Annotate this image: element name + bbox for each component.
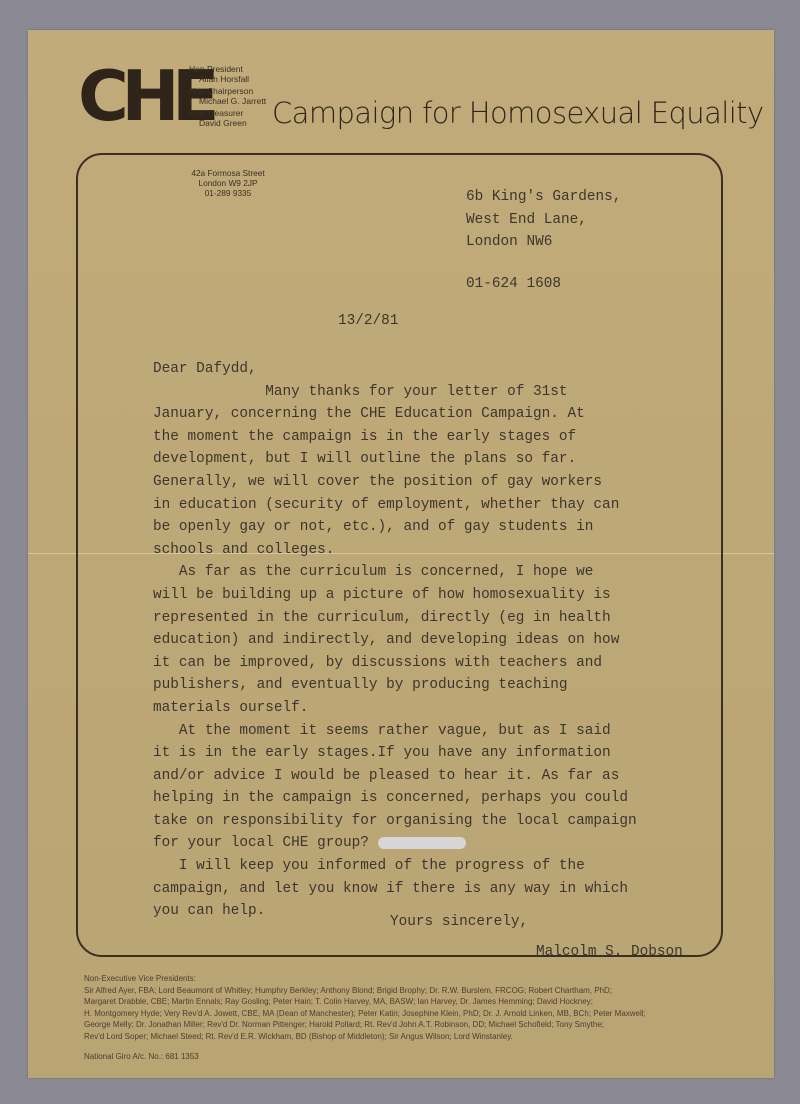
footer-line: Margaret Drabble, CBE; Martin Ennals; Ra… [84,996,744,1008]
footer-line: Rev'd Lord Soper; Michael Steed; Rt. Rev… [84,1031,744,1043]
organization-address: 42a Formosa Street London W9 2JP 01-289 … [168,168,288,198]
officers-list: Hon President Allan Horsfall Hon Chairpe… [189,64,266,130]
body-line: Many thanks for your letter of 31st [153,381,713,404]
officer-name: Michael G. Jarrett [189,96,266,106]
org-address-line: London W9 2JP [168,178,288,188]
body-line: schools and colleges. [153,539,713,562]
body-line: be openly gay or not, etc.), and of gay … [153,516,713,539]
sender-address-line: London NW6 [466,231,621,254]
officer-role: Hon Treasurer [189,108,266,118]
body-line: January, concerning the CHE Education Ca… [153,403,713,426]
signature: Malcolm S. Dobson [536,944,683,960]
body-line: development, but I will outline the plan… [153,448,713,471]
body-line: represented in the curriculum, directly … [153,607,713,630]
officer-name: Allan Horsfall [189,74,266,84]
letter-body: Dear Dafydd, Many thanks for your letter… [153,358,713,923]
sender-address: 6b King's Gardens,West End Lane,London N… [466,186,621,254]
footer-heading: Non-Executive Vice Presidents: [84,973,744,985]
body-line: take on responsibility for organising th… [153,810,713,833]
body-line: education) and indirectly, and developin… [153,629,713,652]
salutation: Dear Dafydd, [153,358,713,381]
officer-name: David Green [189,118,266,128]
org-phone: 01-289 9335 [168,188,288,198]
body-line: campaign, and let you know if there is a… [153,878,713,901]
body-line: for your local CHE group? [153,835,378,851]
body-line-with-redaction: for your local CHE group? [153,832,713,855]
body-line: the moment the campaign is in the early … [153,426,713,449]
body-line: it can be improved, by discussions with … [153,652,713,675]
sender-address-line: 6b King's Gardens, [466,186,621,209]
officer-role: Hon President [189,64,266,74]
footer-vice-presidents: Non-Executive Vice Presidents: Sir Alfre… [84,973,744,1062]
org-address-line: 42a Formosa Street [168,168,288,178]
letter-date: 13/2/81 [338,313,398,329]
body-line: helping in the campaign is concerned, pe… [153,787,713,810]
organization-title: Campaign for Homosexual Equality [272,96,764,130]
body-line: As far as the curriculum is concerned, I… [153,561,713,584]
giro-account: National Giro A/c. No.: 681 1353 [84,1051,744,1063]
letter-paper: CHE Hon President Allan Horsfall Hon Cha… [28,30,774,1078]
body-line: publishers, and eventually by producing … [153,674,713,697]
sender-phone: 01-624 1608 [466,276,561,292]
body-line: Generally, we will cover the position of… [153,471,713,494]
sender-address-line: West End Lane, [466,209,621,232]
body-line: and/or advice I would be pleased to hear… [153,765,713,788]
body-line: I will keep you informed of the progress… [153,855,713,878]
footer-line: H. Montgomery Hyde; Very Rev'd A. Jowett… [84,1008,744,1020]
officer-role: Hon Chairperson [189,86,266,96]
footer-line: Sir Alfred Ayer, FBA; Lord Beaumont of W… [84,985,744,997]
footer-line: George Melly; Dr. Jonathan Miller; Rev'd… [84,1019,744,1031]
body-line: At the moment it seems rather vague, but… [153,720,713,743]
closing: Yours sincerely, [390,914,528,930]
body-line: in education (security of employment, wh… [153,494,713,517]
redaction-mark [378,837,466,849]
body-line: will be building up a picture of how hom… [153,584,713,607]
body-line: it is in the early stages.If you have an… [153,742,713,765]
body-line: materials ourself. [153,697,713,720]
